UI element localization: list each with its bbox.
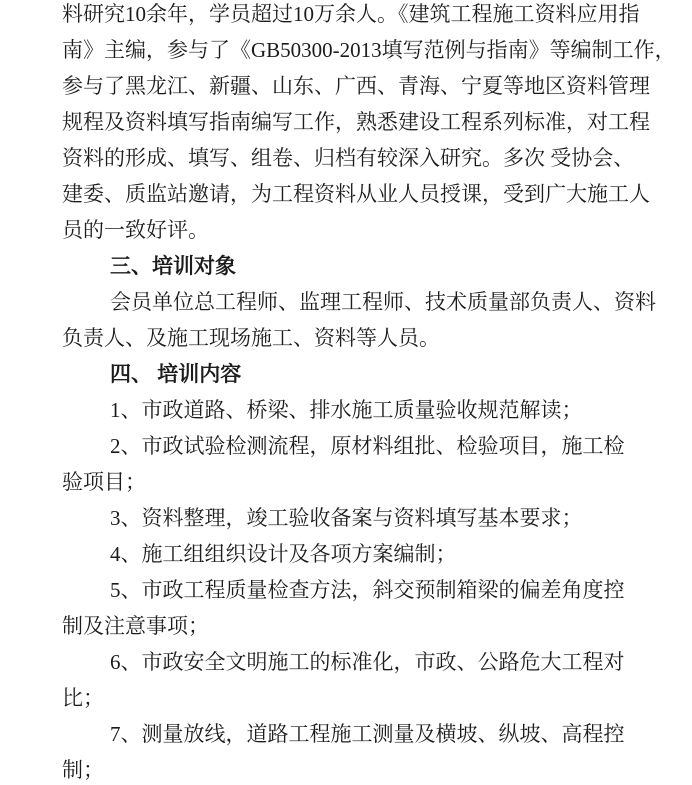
text-line: 南》主编，参与了《GB50300-2013填写范例与指南》等编制工作， — [62, 32, 664, 68]
text-line: 7、测量放线，道路工程施工测量及横坡、纵坡、高程控 — [62, 716, 664, 752]
text-line: 建委、质监站邀请，为工程资料从业人员授课，受到广大施工人 — [62, 176, 664, 212]
training-content-item: 7、测量放线，道路工程施工测量及横坡、纵坡、高程控 制； — [62, 716, 664, 785]
training-content-item: 1、市政道路、桥梁、排水施工质量验收规范解读； — [62, 392, 664, 428]
training-content-item: 6、市政安全文明施工的标准化，市政、公路危大工程对 比； — [62, 644, 664, 716]
intro-paragraph: 料研究10余年，学员超过10万余人。《建筑工程施工资料应用指 南》主编，参与了《… — [62, 0, 664, 248]
document-page: 料研究10余年，学员超过10万余人。《建筑工程施工资料应用指 南》主编，参与了《… — [0, 0, 692, 785]
text-line: 5、市政工程质量检查方法，斜交预制箱梁的偏差角度控 — [62, 572, 664, 608]
text-line: 规程及资料填写指南编写工作，熟悉建设工程系列标准，对工程 — [62, 104, 664, 140]
text-line: 负责人、及施工现场施工、资料等人员。 — [62, 320, 664, 356]
text-line: 参与了黑龙江、新疆、山东、广西、青海、宁夏等地区资料管理 — [62, 68, 664, 104]
text-line: 制； — [62, 752, 664, 785]
text-line: 1、市政道路、桥梁、排水施工质量验收规范解读； — [62, 392, 664, 428]
text-line: 会员单位总工程师、监理工程师、技术质量部负责人、资料 — [62, 284, 664, 320]
text-line: 比； — [62, 680, 664, 716]
training-content-item: 3、资料整理，竣工验收备案与资料填写基本要求； — [62, 500, 664, 536]
training-content-item: 4、施工组组织设计及各项方案编制； — [62, 536, 664, 572]
text-line: 6、市政安全文明施工的标准化，市政、公路危大工程对 — [62, 644, 664, 680]
text-line: 2、市政试验检测流程，原材料组批、检验项目，施工检 — [62, 428, 664, 464]
text-line: 验项目； — [62, 464, 664, 500]
training-content-item: 2、市政试验检测流程，原材料组批、检验项目，施工检 验项目； — [62, 428, 664, 500]
training-audience-paragraph: 会员单位总工程师、监理工程师、技术质量部负责人、资料 负责人、及施工现场施工、资… — [62, 284, 664, 356]
text-line: 料研究10余年，学员超过10万余人。《建筑工程施工资料应用指 — [62, 0, 664, 32]
text-line: 资料的形成、填写、组卷、归档有较深入研究。多次 受协会、 — [62, 140, 664, 176]
text-line: 员的一致好评。 — [62, 212, 664, 248]
text-line: 3、资料整理，竣工验收备案与资料填写基本要求； — [62, 500, 664, 536]
text-line: 4、施工组组织设计及各项方案编制； — [62, 536, 664, 572]
section-heading-training-content: 四、 培训内容 — [62, 356, 664, 392]
training-content-item: 5、市政工程质量检查方法，斜交预制箱梁的偏差角度控 制及注意事项； — [62, 572, 664, 644]
text-line: 制及注意事项； — [62, 608, 664, 644]
training-content-list: 1、市政道路、桥梁、排水施工质量验收规范解读； 2、市政试验检测流程，原材料组批… — [62, 392, 664, 785]
section-heading-training-audience: 三、培训对象 — [62, 248, 664, 284]
